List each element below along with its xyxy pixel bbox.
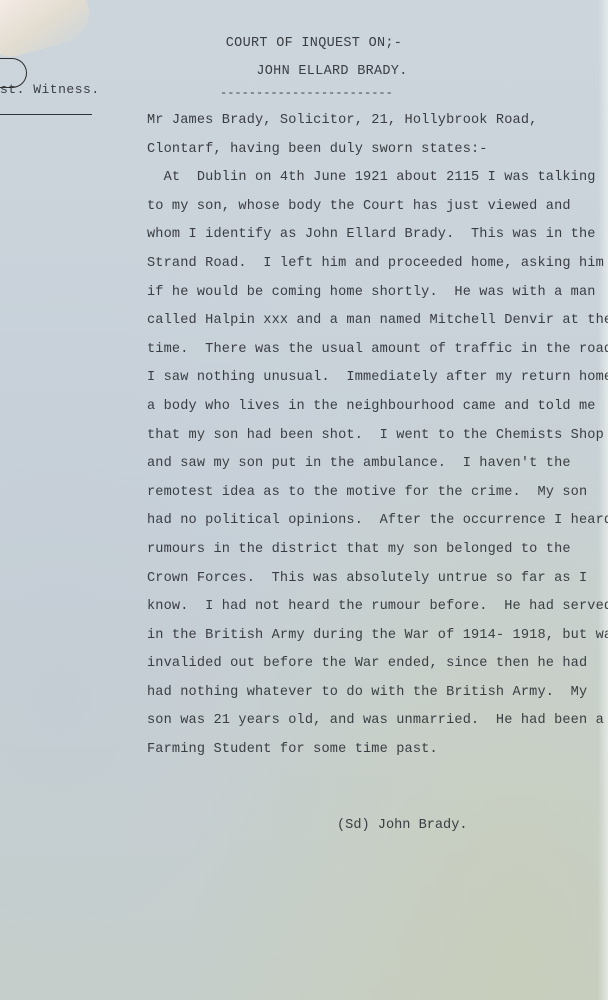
text-line: Farming Student for some time past. xyxy=(147,736,607,765)
testimony-text: Mr James Brady, Solicitor, 21, Hollybroo… xyxy=(147,107,607,765)
text-line: Clontarf, having been duly sworn states:… xyxy=(147,136,607,165)
text-line: rumours in the district that my son belo… xyxy=(147,536,607,565)
text-line: time. There was the usual amount of traf… xyxy=(147,336,607,365)
text-line: know. I had not heard the rumour before.… xyxy=(147,593,607,622)
text-line: Crown Forces. This was absolutely untrue… xyxy=(147,565,607,594)
text-line: Mr James Brady, Solicitor, 21, Hollybroo… xyxy=(147,107,607,136)
text-line: that my son had been shot. I went to the… xyxy=(147,422,607,451)
signature: (Sd) John Brady. xyxy=(337,818,468,833)
document-page: st. Witness. COURT OF INQUEST ON;- JOHN … xyxy=(0,0,608,1000)
separator-line: ------------------------ xyxy=(220,86,393,100)
text-line: invalided out before the War ended, sinc… xyxy=(147,650,607,679)
document-title: COURT OF INQUEST ON;- xyxy=(0,36,608,51)
text-line: whom I identify as John Ellard Brady. Th… xyxy=(147,221,607,250)
margin-rule xyxy=(0,114,92,115)
text-line: remotest idea as to the motive for the c… xyxy=(147,479,607,508)
text-line: a body who lives in the neighbourhood ca… xyxy=(147,393,607,422)
deceased-name: JOHN ELLARD BRADY. xyxy=(0,64,608,79)
text-line: in the British Army during the War of 19… xyxy=(147,622,607,651)
text-line: to my son, whose body the Court has just… xyxy=(147,193,607,222)
text-line: had no political opinions. After the occ… xyxy=(147,507,607,536)
text-line: son was 21 years old, and was unmarried.… xyxy=(147,707,607,736)
text-line: Strand Road. I left him and proceeded ho… xyxy=(147,250,607,279)
margin-note: st. Witness. xyxy=(0,82,100,97)
text-line: had nothing whatever to do with the Brit… xyxy=(147,679,607,708)
text-line: I saw nothing unusual. Immediately after… xyxy=(147,364,607,393)
text-line: At Dublin on 4th June 1921 about 2115 I … xyxy=(147,164,607,193)
text-line: and saw my son put in the ambulance. I h… xyxy=(147,450,607,479)
torn-corner-mark xyxy=(0,0,96,63)
text-line: if he would be coming home shortly. He w… xyxy=(147,279,607,308)
text-line: called Halpin xxx and a man named Mitche… xyxy=(147,307,607,336)
